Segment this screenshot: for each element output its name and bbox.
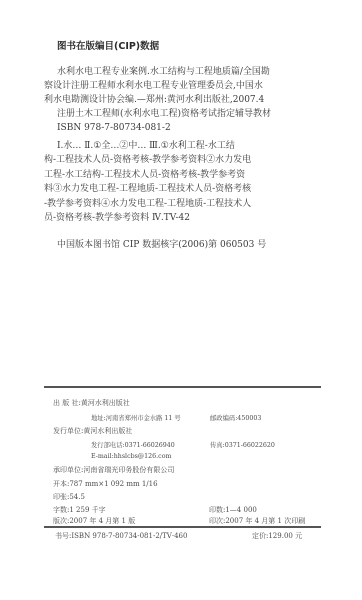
fax: 传真:0371-66022620	[210, 440, 275, 449]
cip-entry-line: 水利水电工程专业案例.水工结构与工程地质篇/全国勘	[44, 65, 288, 79]
cip-subject-line: 工程-水工结构-工程技术人员-资格考核-教学参考资	[44, 168, 288, 182]
cip-subject-line: 料③水力发电工程-工程地质-工程技术人员-资格考核	[44, 182, 288, 196]
publisher: 出 版 社:黄河水利出版社	[53, 398, 130, 408]
sheets: 印张:54.5	[53, 492, 85, 502]
word-count: 字数:1 259 千字	[53, 505, 106, 515]
edition: 版次:2007 年 4 月第 1 版	[53, 516, 135, 526]
print-run: 印数:1—4 000	[209, 505, 257, 515]
cip-subject-line: Ⅰ.水… Ⅱ.①全…②中… Ⅲ.①水利工程-水工结	[44, 139, 288, 153]
cip-heading: 图书在版编目(CIP)数据	[57, 38, 159, 52]
cip-entry-line: 利水电勘测设计协会编.—郑州:黄河水利出版社,2007.4	[44, 93, 288, 107]
email: E-mail:hhslcbs@126.com	[91, 453, 171, 460]
cip-record-number: 中国版本图书馆 CIP 数据核字(2006)第 060503 号	[57, 237, 266, 250]
distributor: 发行单位:黄河水利出版社	[53, 426, 132, 436]
cip-subject-line: -教学参考资料④水力发电工程-工程地质-工程技术人	[44, 197, 288, 211]
postcode: 邮政编码:450003	[210, 413, 261, 422]
cip-isbn-line: ISBN 978-7-80734-081-2	[44, 121, 288, 135]
printer: 承印单位:河南省瑞光印务股份有限公司	[53, 465, 174, 475]
top-divider	[44, 386, 321, 388]
cip-entry-line: 察设计注册工程师水利水电工程专业管理委员会,中国水	[44, 79, 288, 93]
address: 地址:河南省郑州市金水路 11 号	[91, 413, 181, 422]
bottom-divider	[44, 526, 321, 528]
book-number: 书号:ISBN 978-7-80734-081-2/TV·460	[55, 531, 187, 541]
cip-entry-paragraph: 水利水电工程专业案例.水工结构与工程地质篇/全国勘 察设计注册工程师水利水电工程…	[44, 65, 288, 135]
cip-entry-line: 注册土木工程师(水利水电工程)资格考试指定辅导教材	[44, 107, 288, 121]
phone: 发行部电话:0371-66026940	[91, 440, 175, 449]
cip-subject-line: 员-资格考核-教学参考资料 Ⅳ.TV-42	[44, 211, 288, 225]
cip-subject-line: 构-工程技术人员-资格考核-教学参考资料②水力发电	[44, 153, 288, 167]
format: 开本:787 mm×1 092 mm 1/16	[53, 479, 158, 489]
price: 定价:129.00 元	[252, 531, 302, 541]
printing: 印次:2007 年 4 月第 1 次印刷	[209, 516, 305, 526]
cip-subject-paragraph: Ⅰ.水… Ⅱ.①全…②中… Ⅲ.①水利工程-水工结 构-工程技术人员-资格考核-…	[44, 139, 288, 225]
